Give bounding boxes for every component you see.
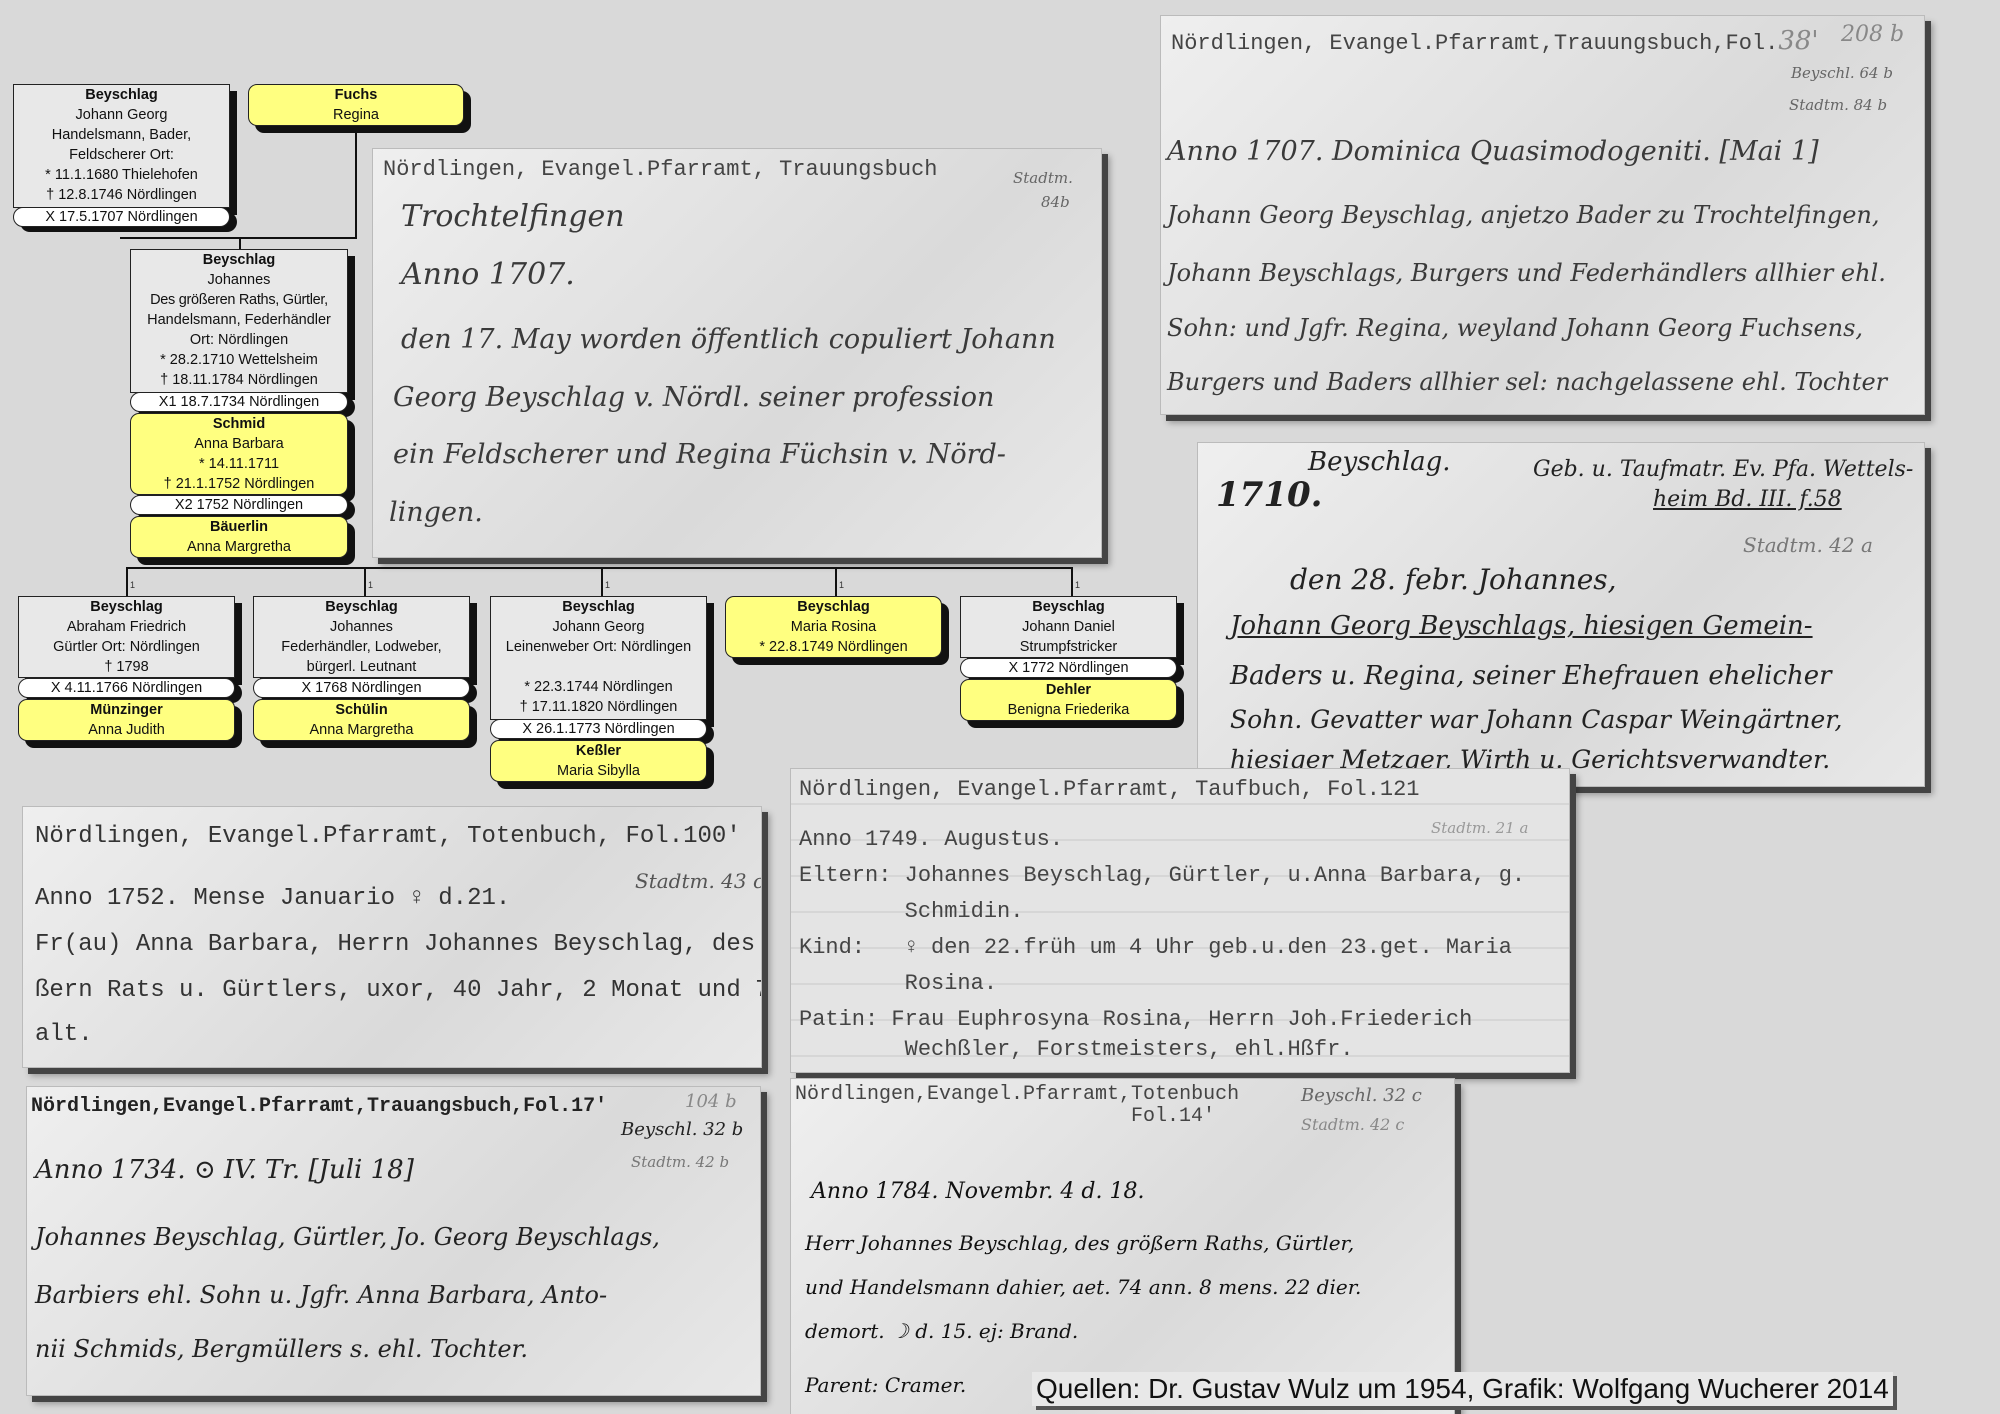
card-line: lingen. bbox=[389, 497, 483, 528]
card-header: Nördlingen, Evangel.Pfarramt, Trauungsbu… bbox=[383, 157, 938, 182]
card-line: Johann Georg Beyschlags, hiesigen Gemein… bbox=[1230, 611, 1813, 641]
card-line: Kind: ♀ den 22.früh um 4 Uhr geb.u.den 2… bbox=[799, 935, 1512, 960]
card-line: Patin: Frau Euphrosyna Rosina, Herrn Joh… bbox=[799, 1007, 1472, 1032]
card-header: Nördlingen, Evangel.Pfarramt, Taufbuch, … bbox=[799, 777, 1420, 802]
card-header: Nördlingen,Evangel.Pfarramt,Totenbuch bbox=[795, 1083, 1239, 1106]
card-line: Anno 1752. Mense Januario ♀ d.21. bbox=[35, 885, 510, 912]
surname: Dehler bbox=[961, 680, 1176, 700]
card-line: Johann Beyschlags, Burgers und Federhänd… bbox=[1167, 259, 1886, 287]
given-name: Johann Georg bbox=[491, 617, 706, 637]
person-box-anna-barbara-schmid[interactable]: Schmid Anna Barbara * 14.11.1711 † 21.1.… bbox=[130, 413, 348, 495]
person-box-johannes-beyschlag-jr[interactable]: Beyschlag Johannes Federhändler, Lodwebe… bbox=[253, 596, 470, 678]
card-note: Beyschl. 64 b bbox=[1791, 64, 1893, 82]
person-box-johann-georg-beyschlag[interactable]: Beyschlag Johann Georg Handelsmann, Bade… bbox=[13, 84, 230, 208]
detail-line: * 14.11.1711 bbox=[131, 454, 347, 474]
connector bbox=[1071, 567, 1073, 597]
card-line: Schmidin. bbox=[799, 899, 1023, 924]
card-note: Stadtm. 42 c bbox=[1301, 1115, 1404, 1134]
surname: Beyschlag bbox=[961, 597, 1176, 617]
surname: Münzinger bbox=[19, 700, 234, 720]
card-line: Parent: Cramer. bbox=[805, 1373, 966, 1397]
card-line: Anno 1707. Dominica Quasimodogeniti. [Ma… bbox=[1167, 136, 1819, 167]
record-card-baptism-1749: Nördlingen, Evangel.Pfarramt, Taufbuch, … bbox=[790, 768, 1570, 1073]
card-note: Beyschl. 32 b bbox=[621, 1119, 743, 1140]
card-header: Nördlingen,Evangel.Pfarramt,Trauangsbuch… bbox=[31, 1095, 607, 1118]
given-name: Anna Barbara bbox=[131, 434, 347, 454]
child-marker: 1 bbox=[839, 580, 844, 590]
card-line: Baders u. Regina, seiner Ehefrauen eheli… bbox=[1230, 661, 1832, 691]
card-line: Trochtelfingen bbox=[401, 199, 625, 234]
card-line: Sohn. Gevatter war Johann Caspar Weingär… bbox=[1230, 705, 1842, 734]
detail-line: * 22.8.1749 Nördlingen bbox=[726, 637, 941, 657]
detail-line: Handelsmann, Bader, bbox=[14, 125, 229, 145]
card-line: alt. bbox=[35, 1021, 93, 1048]
card-line: Anno 1749. Augustus. bbox=[799, 827, 1063, 852]
card-line: demort. ☽ d. 15. ej: Brand. bbox=[805, 1319, 1078, 1343]
detail-line: bürgerl. Leutnant bbox=[254, 657, 469, 677]
card-year: 1710. bbox=[1216, 475, 1322, 515]
person-box-anna-margretha-schuelin[interactable]: Schülin Anna Margretha bbox=[253, 699, 470, 741]
given-name: Johannes bbox=[254, 617, 469, 637]
card-note: Beyschl. 32 c bbox=[1301, 1085, 1422, 1106]
card-note: Stadtm. 42 b bbox=[631, 1153, 729, 1171]
card-line: Anno 1734. ⊙ IV. Tr. [Juli 18] bbox=[35, 1155, 414, 1185]
card-line: Anno 1784. Novembr. 4 d. 18. bbox=[811, 1179, 1144, 1204]
record-card-marriage-1707-short: Nördlingen, Evangel.Pfarramt, Trauungsbu… bbox=[372, 148, 1102, 558]
card-line: den 28. febr. Johannes, bbox=[1290, 563, 1617, 596]
connector bbox=[126, 567, 1073, 569]
card-note: 104 b bbox=[685, 1091, 737, 1112]
person-box-johann-daniel-beyschlag[interactable]: Beyschlag Johann Daniel Strumpfstricker bbox=[960, 596, 1177, 658]
card-note: 208 b bbox=[1841, 22, 1904, 47]
card-note: Stadtm. 42 a bbox=[1743, 533, 1873, 557]
card-note: Stadtm. 84 b bbox=[1789, 96, 1887, 114]
person-box-anna-margretha-baeuerlin[interactable]: Bäuerlin Anna Margretha bbox=[130, 516, 348, 558]
card-line: und Handelsmann dahier, aet. 74 ann. 8 m… bbox=[805, 1275, 1361, 1299]
surname: Beyschlag bbox=[19, 597, 234, 617]
given-name: Maria Rosina bbox=[726, 617, 941, 637]
person-box-benigna-friederika-dehler[interactable]: Dehler Benigna Friederika bbox=[960, 679, 1177, 721]
card-line: Johann Georg Beyschlag, anjetzo Bader zu… bbox=[1167, 201, 1879, 229]
given-name: Maria Sibylla bbox=[491, 761, 706, 781]
card-line: Barbiers ehl. Sohn u. Jgfr. Anna Barbara… bbox=[35, 1281, 607, 1309]
surname: Beyschlag bbox=[14, 85, 229, 105]
card-line: Fr(au) Anna Barbara, Herrn Johannes Beys… bbox=[35, 931, 762, 958]
given-name: Abraham Friedrich bbox=[19, 617, 234, 637]
card-note: Stadtm. 43 c bbox=[635, 869, 762, 893]
card-line: Wechßler, Forstmeisters, ehl.Hßfr. bbox=[799, 1037, 1354, 1062]
marriage-label: X2 1752 Nördlingen bbox=[130, 495, 348, 515]
card-header: Nördlingen, Evangel.Pfarramt, Totenbuch,… bbox=[35, 823, 741, 850]
connector bbox=[835, 567, 837, 597]
given-name: Johann Daniel bbox=[961, 617, 1176, 637]
person-box-anna-judith-muenzinger[interactable]: Münzinger Anna Judith bbox=[18, 699, 235, 741]
surname: Beyschlag bbox=[131, 250, 347, 270]
marriage-label: X 17.5.1707 Nördlingen bbox=[13, 207, 230, 227]
child-marker: 1 bbox=[130, 580, 135, 590]
person-box-johann-georg-beyschlag-jr[interactable]: Beyschlag Johann Georg Leinenweber Ort: … bbox=[490, 596, 707, 720]
connector bbox=[601, 567, 603, 597]
detail-line: Des größeren Raths, Gürtler, bbox=[131, 290, 347, 310]
card-note: 84b bbox=[1041, 193, 1070, 211]
child-marker: 1 bbox=[605, 580, 610, 590]
detail-line: Leinenweber Ort: Nördlingen bbox=[491, 637, 706, 657]
given-name: Anna Judith bbox=[19, 720, 234, 740]
detail-line: Feldscherer Ort: bbox=[14, 145, 229, 165]
card-line: ßern Rats u. Gürtlers, uxor, 40 Jahr, 2 … bbox=[35, 977, 762, 1004]
connector bbox=[364, 567, 366, 597]
marriage-label: X 1772 Nördlingen bbox=[960, 658, 1177, 678]
card-folio: Fol.14' bbox=[1131, 1105, 1215, 1128]
given-name: Regina bbox=[249, 105, 463, 125]
record-card-marriage-1734: Nördlingen,Evangel.Pfarramt,Trauangsbuch… bbox=[26, 1086, 761, 1396]
marriage-label: X1 18.7.1734 Nördlingen bbox=[130, 392, 348, 412]
surname: Fuchs bbox=[249, 85, 463, 105]
record-card-death-1784: Nördlingen,Evangel.Pfarramt,Totenbuch Fo… bbox=[790, 1078, 1455, 1414]
card-source: Geb. u. Taufmatr. Ev. Pfa. Wettels- bbox=[1533, 457, 1913, 482]
card-line: nii Schmids, Bergmüllers s. ehl. Tochter… bbox=[35, 1335, 528, 1363]
surname: Beyschlag bbox=[254, 597, 469, 617]
detail-line: * 22.3.1744 Nördlingen bbox=[491, 677, 706, 697]
given-name: Benigna Friederika bbox=[961, 700, 1176, 720]
detail-line: † 1798 bbox=[19, 657, 234, 677]
person-box-abraham-friedrich-beyschlag[interactable]: Beyschlag Abraham Friedrich Gürtler Ort:… bbox=[18, 596, 235, 678]
record-card-marriage-1707: Nördlingen, Evangel.Pfarramt,Trauungsbuc… bbox=[1160, 15, 1925, 415]
detail-line: † 17.11.1820 Nördlingen bbox=[491, 697, 706, 717]
connector bbox=[355, 125, 357, 239]
card-line: Herr Johannes Beyschlag, des größern Rat… bbox=[805, 1231, 1354, 1255]
child-marker: 1 bbox=[368, 580, 373, 590]
person-box-johannes-beyschlag[interactable]: Beyschlag Johannes Des größeren Raths, G… bbox=[130, 249, 348, 393]
connector bbox=[126, 567, 128, 597]
detail-line: * 28.2.1710 Wettelsheim bbox=[131, 350, 347, 370]
detail-line: Gürtler Ort: Nördlingen bbox=[19, 637, 234, 657]
surname: Keßler bbox=[491, 741, 706, 761]
card-note: Stadtm. 21 a bbox=[1431, 819, 1528, 837]
detail-line: Strumpfstricker bbox=[961, 637, 1176, 657]
marriage-label: X 4.11.1766 Nördlingen bbox=[18, 678, 235, 698]
detail-line: Federhändler, Lodweber, bbox=[254, 637, 469, 657]
detail-line: † 21.1.1752 Nördlingen bbox=[131, 474, 347, 494]
record-card-baptism-1710: 1710. Beyschlag. Geb. u. Taufmatr. Ev. P… bbox=[1197, 442, 1925, 787]
card-note: Stadtm. bbox=[1013, 169, 1073, 187]
card-line: Rosina. bbox=[799, 971, 997, 996]
card-name: Beyschlag. bbox=[1308, 447, 1451, 477]
given-name: Anna Margretha bbox=[254, 720, 469, 740]
card-source: heim Bd. III. f.58 bbox=[1653, 487, 1842, 512]
card-header: Nördlingen, Evangel.Pfarramt,Trauungsbuc… bbox=[1171, 26, 1819, 56]
surname: Bäuerlin bbox=[131, 517, 347, 537]
detail-line bbox=[491, 657, 706, 677]
person-box-regina-fuchs[interactable]: Fuchs Regina bbox=[248, 84, 464, 126]
surname: Schmid bbox=[131, 414, 347, 434]
surname: Beyschlag bbox=[491, 597, 706, 617]
card-line: ein Feldscherer und Regina Füchsin v. Nö… bbox=[393, 439, 1006, 470]
card-line: Burgers und Baders allhier sel: nachgela… bbox=[1167, 368, 1887, 396]
card-line: den 17. May worden öffentlich copuliert … bbox=[401, 324, 1056, 355]
person-box-maria-sibylla-kessler[interactable]: Keßler Maria Sibylla bbox=[490, 740, 707, 782]
card-line: Sohn: und Jgfr. Regina, weyland Johann G… bbox=[1167, 314, 1863, 342]
card-line: Johannes Beyschlag, Gürtler, Jo. Georg B… bbox=[35, 1223, 660, 1251]
given-name: Johann Georg bbox=[14, 105, 229, 125]
marriage-label: X 26.1.1773 Nördlingen bbox=[490, 719, 707, 739]
card-line: Georg Beyschlag v. Nördl. seiner profess… bbox=[393, 382, 994, 413]
detail-line: Handelsmann, Federhändler bbox=[131, 310, 347, 330]
surname: Schülin bbox=[254, 700, 469, 720]
given-name: Anna Margretha bbox=[131, 537, 347, 557]
card-line: Eltern: Johannes Beyschlag, Gürtler, u.A… bbox=[799, 863, 1525, 888]
child-marker: 1 bbox=[1075, 580, 1080, 590]
surname: Beyschlag bbox=[726, 597, 941, 617]
detail-line: * 11.1.1680 Thielehofen bbox=[14, 165, 229, 185]
card-line: Anno 1707. bbox=[401, 257, 575, 292]
record-card-death-1752: Nördlingen, Evangel.Pfarramt, Totenbuch,… bbox=[22, 806, 762, 1068]
person-box-maria-rosina-beyschlag[interactable]: Beyschlag Maria Rosina * 22.8.1749 Nördl… bbox=[725, 596, 942, 658]
detail-line: Ort: Nördlingen bbox=[131, 330, 347, 350]
given-name: Johannes bbox=[131, 270, 347, 290]
detail-line: † 12.8.1746 Nördlingen bbox=[14, 185, 229, 205]
detail-line: † 18.11.1784 Nördlingen bbox=[131, 370, 347, 390]
marriage-label: X 1768 Nördlingen bbox=[253, 678, 470, 698]
credit-line: Quellen: Dr. Gustav Wulz um 1954, Grafik… bbox=[1032, 1372, 1893, 1406]
